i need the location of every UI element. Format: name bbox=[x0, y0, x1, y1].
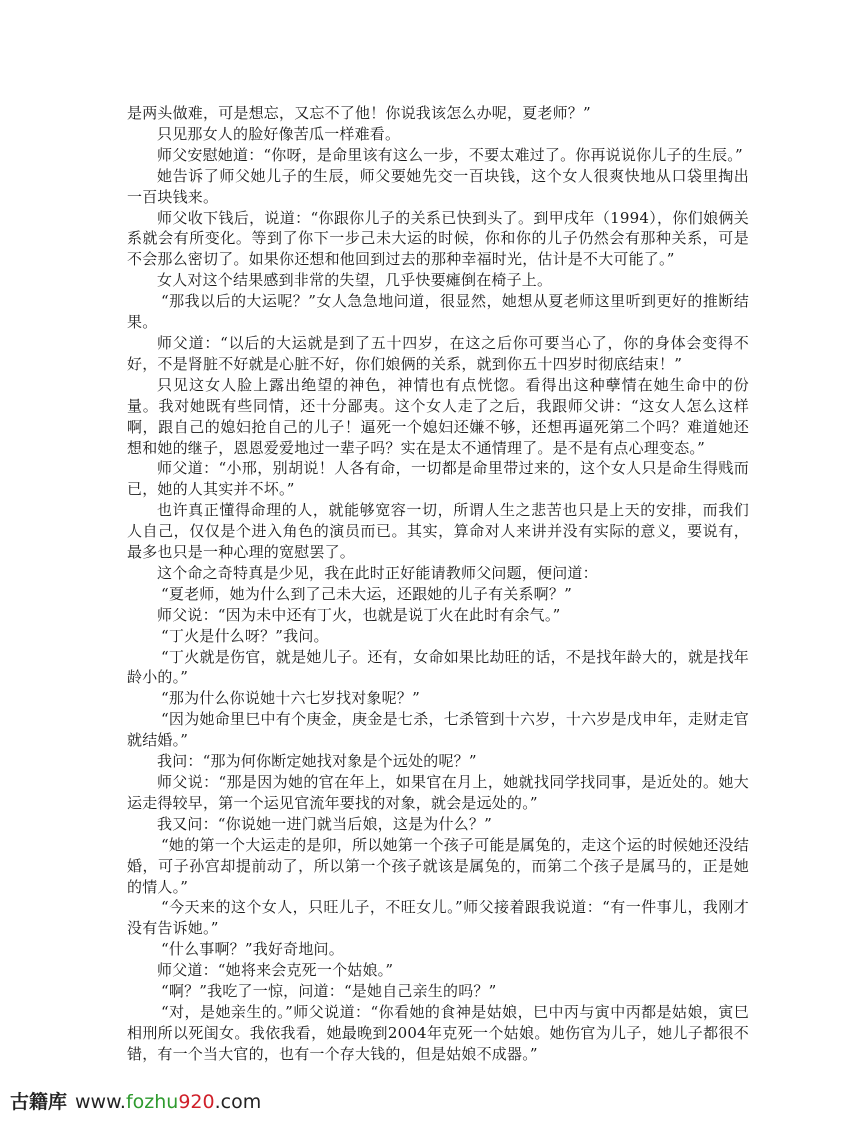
paragraph: 师父收下钱后，说道：“你跟你儿子的关系已快到头了。到甲戌年（1994），你们娘俩… bbox=[127, 208, 749, 271]
paragraph: 师父说：“因为未中还有丁火，也就是说丁火在此时有余气。” bbox=[127, 605, 749, 626]
paragraph: 只见那女人的脸好像苦瓜一样难看。 bbox=[127, 124, 749, 145]
paragraph: 也许真正懂得命理的人，就能够宽容一切，所谓人生之悲苦也只是上天的安排，而我们人自… bbox=[127, 500, 749, 563]
url-domain-red: 920 bbox=[178, 1091, 214, 1113]
paragraph: 我又问：“你说她一进门就当后娘，这是为什么？” bbox=[127, 814, 749, 835]
paragraph: 只见这女人脸上露出绝望的神色，神情也有点恍惚。看得出这种孽情在她生命中的份量。我… bbox=[127, 375, 749, 459]
paragraph: “今天来的这个女人，只旺儿子，不旺女儿。”师父接着跟我说道：“有一件事儿，我刚才… bbox=[127, 897, 749, 939]
paragraph: 女人对这个结果感到非常的失望，几乎快要瘫倒在椅子上。 bbox=[127, 270, 749, 291]
paragraph: “丁火就是伤官，就是她儿子。还有，女命如果比劫旺的话，不是找年龄大的，就是找年龄… bbox=[127, 647, 749, 689]
url-suffix: .com bbox=[215, 1091, 262, 1113]
paragraph: “夏老师，她为什么到了己未大运，还跟她的儿子有关系啊？” bbox=[127, 584, 749, 605]
paragraph: “什么事啊？”我好奇地问。 bbox=[127, 939, 749, 960]
document-body: 是两头做难，可是想忘，又忘不了他！你说我该怎么办呢，夏老师？” 只见那女人的脸好… bbox=[127, 103, 749, 1065]
site-watermark: 古籍库www.fozhu920.com bbox=[10, 1087, 261, 1114]
paragraph: “那我以后的大运呢？”女人急急地问道，很显然，她想从夏老师这里听到更好的推断结果… bbox=[127, 291, 749, 333]
paragraph: 这个命之奇特真是少见，我在此时正好能请教师父问题，便问道： bbox=[127, 563, 749, 584]
paragraph: 师父道：“以后的大运就是到了五十四岁，在这之后你可要当心了，你的身体会变得不好，… bbox=[127, 333, 749, 375]
paragraph: 师父说：“那是因为她的官在年上，如果官在月上，她就找同学找同事，是近处的。她大运… bbox=[127, 772, 749, 814]
paragraph: 我问：“那为何你断定她找对象是个远处的呢？” bbox=[127, 751, 749, 772]
paragraph: 师父道：“小邢，别胡说！人各有命，一切都是命里带过来的，这个女人只是命生得贱而已… bbox=[127, 458, 749, 500]
url-prefix: www. bbox=[75, 1091, 126, 1113]
paragraph: 她告诉了师父她儿子的生辰，师父要她先交一百块钱，这个女人很爽快地从口袋里掏出一百… bbox=[127, 166, 749, 208]
paragraph: “她的第一个大运走的是卯，所以她第一个孩子可能是属兔的，走这个运的时候她还没结婚… bbox=[127, 835, 749, 898]
paragraph: “丁火是什么呀？”我问。 bbox=[127, 626, 749, 647]
paragraph: “对，是她亲生的。”师父说道：“你看她的食神是姑娘，巳中丙与寅中丙都是姑娘，寅巳… bbox=[127, 1002, 749, 1065]
paragraph: 是两头做难，可是想忘，又忘不了他！你说我该怎么办呢，夏老师？” bbox=[127, 103, 749, 124]
paragraph: “那为什么你说她十六七岁找对象呢？” bbox=[127, 688, 749, 709]
paragraph: 师父安慰她道：“你呀，是命里该有这么一步，不要太难过了。你再说说你儿子的生辰。” bbox=[127, 145, 749, 166]
paragraph: 师父道：“她将来会克死一个姑娘。” bbox=[127, 960, 749, 981]
site-name: 古籍库 bbox=[10, 1091, 67, 1113]
paragraph: “啊？”我吃了一惊，问道：“是她自己亲生的吗？” bbox=[127, 981, 749, 1002]
paragraph: “因为她命里巳中有个庚金，庚金是七杀，七杀管到十六岁，十六岁是戊申年，走财走官就… bbox=[127, 709, 749, 751]
url-domain-green: fozhu bbox=[126, 1091, 178, 1113]
